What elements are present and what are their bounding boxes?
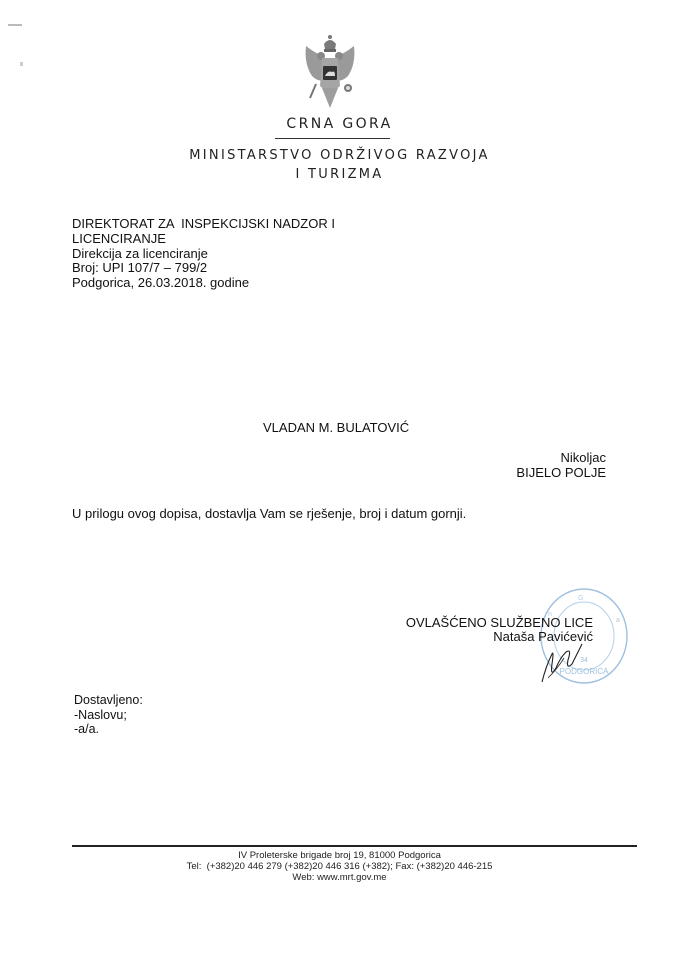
place-date: Podgorica, 26.03.2018. godine (72, 276, 335, 291)
signatory-title: OVLAŠĆENO SLUŽBENO LICE (406, 616, 593, 630)
recipient-address: Nikoljac BIJELO POLJE (516, 450, 606, 480)
directorate-line-2: LICENCIRANJE (72, 232, 335, 247)
department: Direkcija za licenciranje (72, 247, 335, 262)
distribution-list: Dostavljeno: -Naslovu; -a/a. (74, 693, 143, 737)
scan-artifact (20, 62, 23, 66)
footer-phones: Tel: (+382)20 446 279 (+382)20 446 316 (… (0, 861, 679, 872)
footer-address: IV Proleterske brigade broj 19, 81000 Po… (0, 850, 679, 861)
country-name: CRNA GORA (0, 116, 679, 132)
sender-block: DIREKTORAT ZA INSPEKCIJSKI NADZOR I LICE… (72, 217, 335, 291)
recipient-city: BIJELO POLJE (516, 465, 606, 480)
handwritten-signature-icon (536, 638, 586, 686)
reference-number: Broj: UPI 107/7 – 799/2 (72, 261, 335, 276)
scan-artifact (8, 24, 22, 26)
ministry-line-1: MINISTARSTVO ODRŽIVOG RAZVOJA (0, 146, 679, 165)
header-divider (275, 138, 390, 139)
footer: IV Proleterske brigade broj 19, 81000 Po… (0, 850, 679, 883)
ministry-line-2: I TURIZMA (0, 165, 679, 184)
ministry-name: MINISTARSTVO ODRŽIVOG RAZVOJA I TURIZMA (0, 146, 679, 184)
letter-body: U prilogu ovog dopisa, dostavlja Vam se … (72, 506, 466, 521)
distribution-label: Dostavljeno: (74, 693, 143, 708)
distribution-item: -Naslovu; (74, 708, 143, 723)
svg-text:a: a (616, 617, 620, 624)
directorate-line-1: DIREKTORAT ZA INSPEKCIJSKI NADZOR I (72, 217, 335, 232)
recipient-name: VLADAN M. BULATOVIĆ (263, 420, 409, 435)
footer-web: Web: www.mrt.gov.me (0, 872, 679, 883)
distribution-item: -a/a. (74, 722, 143, 737)
footer-divider (72, 845, 637, 847)
montenegro-coat-of-arms-icon (302, 34, 358, 112)
svg-text:G: G (578, 595, 583, 602)
recipient-locality: Nikoljac (516, 450, 606, 465)
